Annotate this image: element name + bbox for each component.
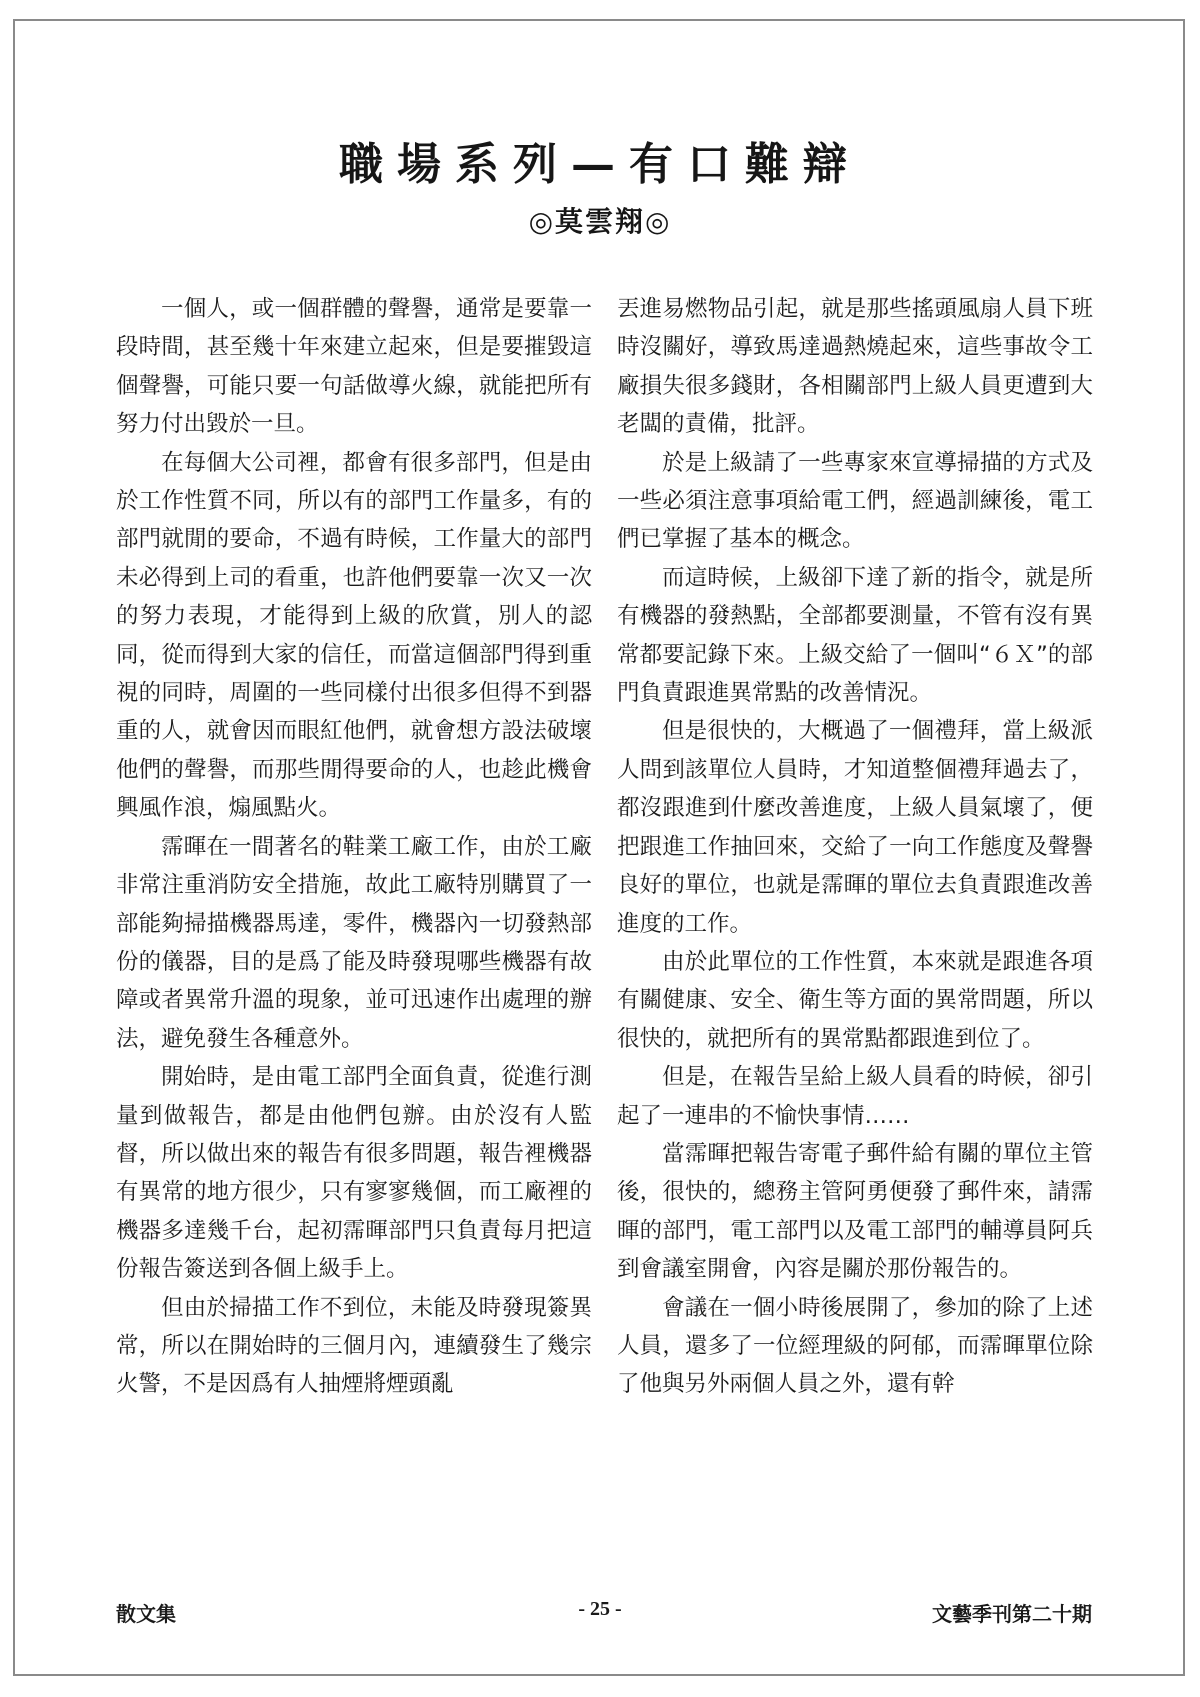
paragraph: 在每個大公司裡，都會有很多部門，但是由於工作性質不同，所以有的部門工作量多，有的… — [116, 444, 592, 828]
paragraph: 一個人，或一個群體的聲譽，通常是要靠一段時間，甚至幾十年來建立起來，但是要摧毀這… — [116, 290, 592, 444]
paragraph: 開始時，是由電工部門全面負責，從進行測量到做報告，都是由他們包辦。由於沒有人監督… — [116, 1058, 592, 1288]
paragraph: 霈暉在一間著名的鞋業工廠工作，由於工廠非常注重消防安全措施，故此工廠特別購買了一… — [116, 828, 592, 1058]
paragraph: 當霈暉把報告寄電子郵件給有關的單位主管後，很快的，總務主管阿勇便發了郵件來，請霈… — [617, 1135, 1093, 1289]
paragraph: 而這時候，上級卻下達了新的指令，就是所有機器的發熱點，全部都要測量，不管有沒有異… — [617, 559, 1093, 713]
author-byline: ◎莫雲翔◎ — [0, 200, 1200, 240]
paragraph: 但是，在報告呈給上級人員看的時候，卻引起了一連串的不愉快事情…… — [617, 1058, 1093, 1135]
paragraph: 但是很快的，大概過了一個禮拜，當上級派人問到該單位人員時，才知道整個禮拜過去了，… — [617, 712, 1093, 942]
article-title: 職場系列—有口難辯 — [0, 128, 1200, 192]
paragraph: 但由於掃描工作不到位，未能及時發現簽異常，所以在開始時的三個月內，連續發生了幾宗… — [116, 1289, 592, 1404]
publication-name: 文藝季刊第二十期 — [932, 1598, 1092, 1627]
paragraph: 由於此單位的工作性質，本來就是跟進各項有關健康、安全、衛生等方面的異常問題，所以… — [617, 943, 1093, 1058]
paragraph: 於是上級請了一些專家來宣導掃描的方式及一些必須注意事項給電工們，經過訓練後，電工… — [617, 444, 1093, 559]
paragraph: 會議在一個小時後展開了，參加的除了上述人員，還多了一位經理級的阿郁，而霈暉單位除… — [617, 1289, 1093, 1404]
paragraph-continued: 丟進易燃物品引起，就是那些搖頭風扇人員下班時沒關好，導致馬達過熱燒起來，這些事故… — [617, 290, 1093, 444]
left-column: 一個人，或一個群體的聲譽，通常是要靠一段時間，甚至幾十年來建立起來，但是要摧毀這… — [116, 290, 592, 1404]
right-column: 丟進易燃物品引起，就是那些搖頭風扇人員下班時沒關好，導致馬達過熱燒起來，這些事故… — [617, 290, 1093, 1404]
